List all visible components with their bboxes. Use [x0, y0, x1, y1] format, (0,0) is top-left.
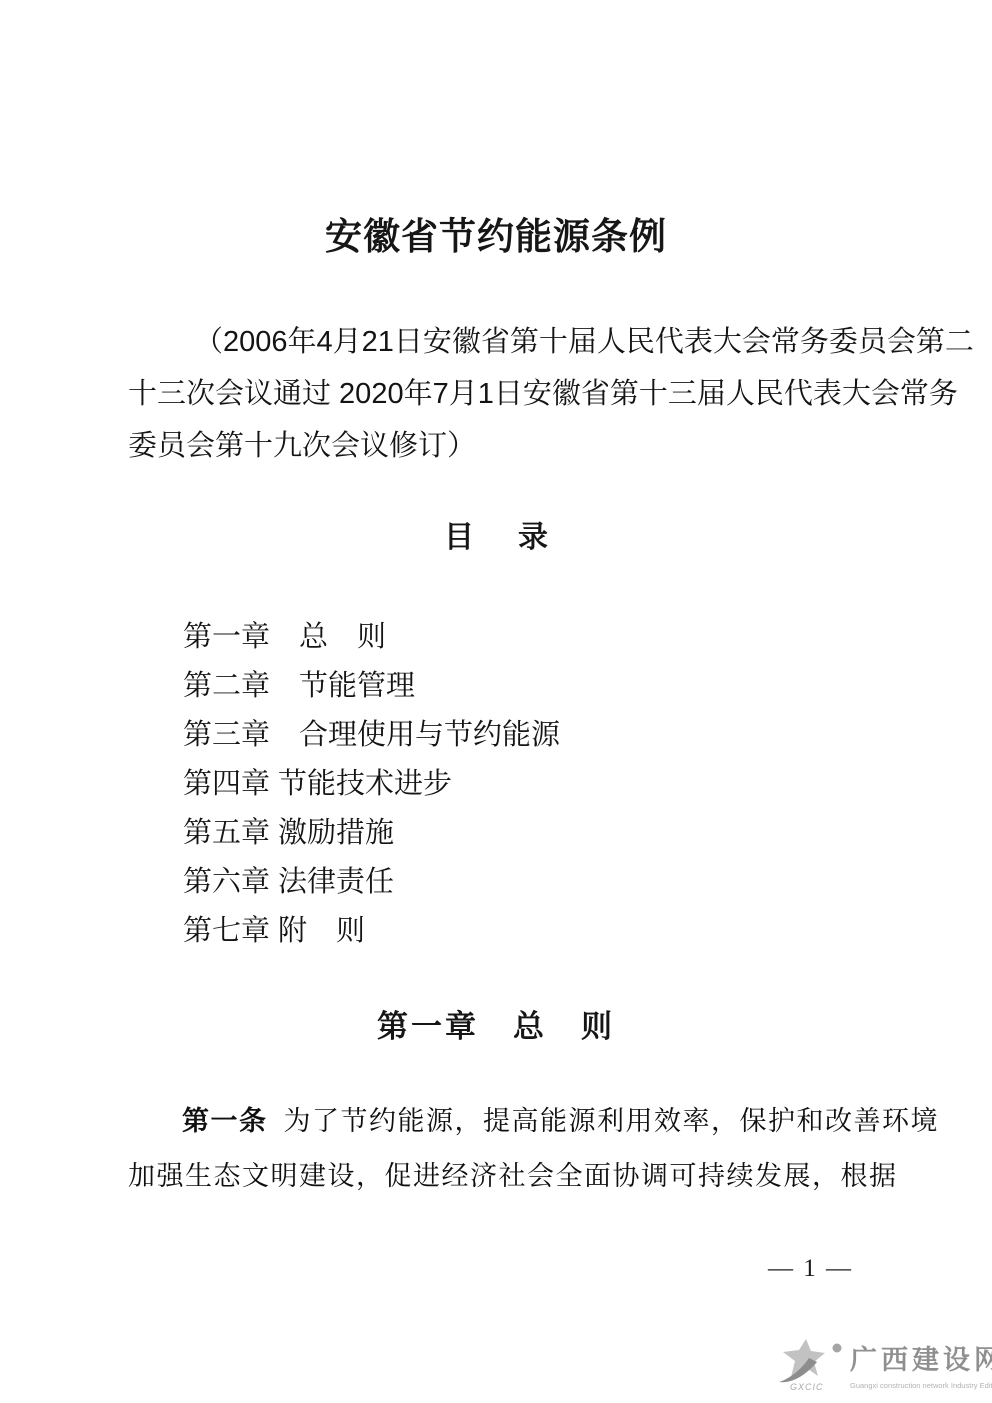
toc-item-chapter-2: 第二章 节能管理 — [183, 662, 560, 711]
toc-item-chapter-1: 第一章 总 则 — [183, 613, 560, 662]
watermark-logo: GXCIC 广西建设网 Guangxi construction network… — [776, 1336, 990, 1400]
preamble-line: 十三次会议通过 2020年7月1日安徽省第十三届人民代表大会常务 — [128, 368, 974, 420]
watermark-subtitle: Guangxi construction network Industry Ed… — [850, 1381, 992, 1390]
toc-item-chapter-5: 第五章 激励措施 — [183, 809, 560, 858]
toc-item-chapter-4: 第四章 节能技术进步 — [183, 760, 560, 809]
toc-item-chapter-7: 第七章 附 则 — [183, 907, 560, 956]
article-line: 加强生态文明建设，促进经济社会全面协调可持续发展，根据 — [128, 1149, 939, 1204]
toc-item-chapter-6: 第六章 法律责任 — [183, 858, 560, 907]
page-number: — 1 — — [768, 1254, 853, 1284]
document-page: 安徽省节约能源条例 （2006年4月21日安徽省第十届人民代表大会常务委员会第二… — [0, 0, 992, 1403]
preamble-line: （2006年4月21日安徽省第十届人民代表大会常务委员会第二 — [128, 316, 974, 368]
toc-item-chapter-3: 第三章 合理使用与节约能源 — [183, 711, 560, 760]
logo-script-caption: GXCIC — [790, 1382, 824, 1392]
chapter-1-heading: 第一章 总 则 — [0, 1001, 992, 1046]
article-1-paragraph: 第一条为了节约能源，提高能源利用效率，保护和改善环境 加强生态文明建设，促进经济… — [128, 1094, 939, 1204]
preamble-line: 委员会第十九次会议修订） — [128, 420, 974, 472]
article-line: 第一条为了节约能源，提高能源利用效率，保护和改善环境 — [128, 1094, 939, 1149]
watermark-site-name: 广西建设网 — [850, 1344, 992, 1376]
article-number-label: 第一条 — [182, 1106, 268, 1136]
preamble-paragraph: （2006年4月21日安徽省第十届人民代表大会常务委员会第二 十三次会议通过 2… — [128, 316, 974, 472]
star-logo-icon — [776, 1338, 846, 1386]
document-title: 安徽省节约能源条例 — [0, 206, 992, 260]
toc-heading: 目 录 — [0, 512, 992, 556]
article-text: 为了节约能源，提高能源利用效率，保护和改善环境 — [284, 1106, 940, 1136]
toc-list: 第一章 总 则 第二章 节能管理 第三章 合理使用与节约能源 第四章 节能技术进… — [183, 613, 560, 956]
